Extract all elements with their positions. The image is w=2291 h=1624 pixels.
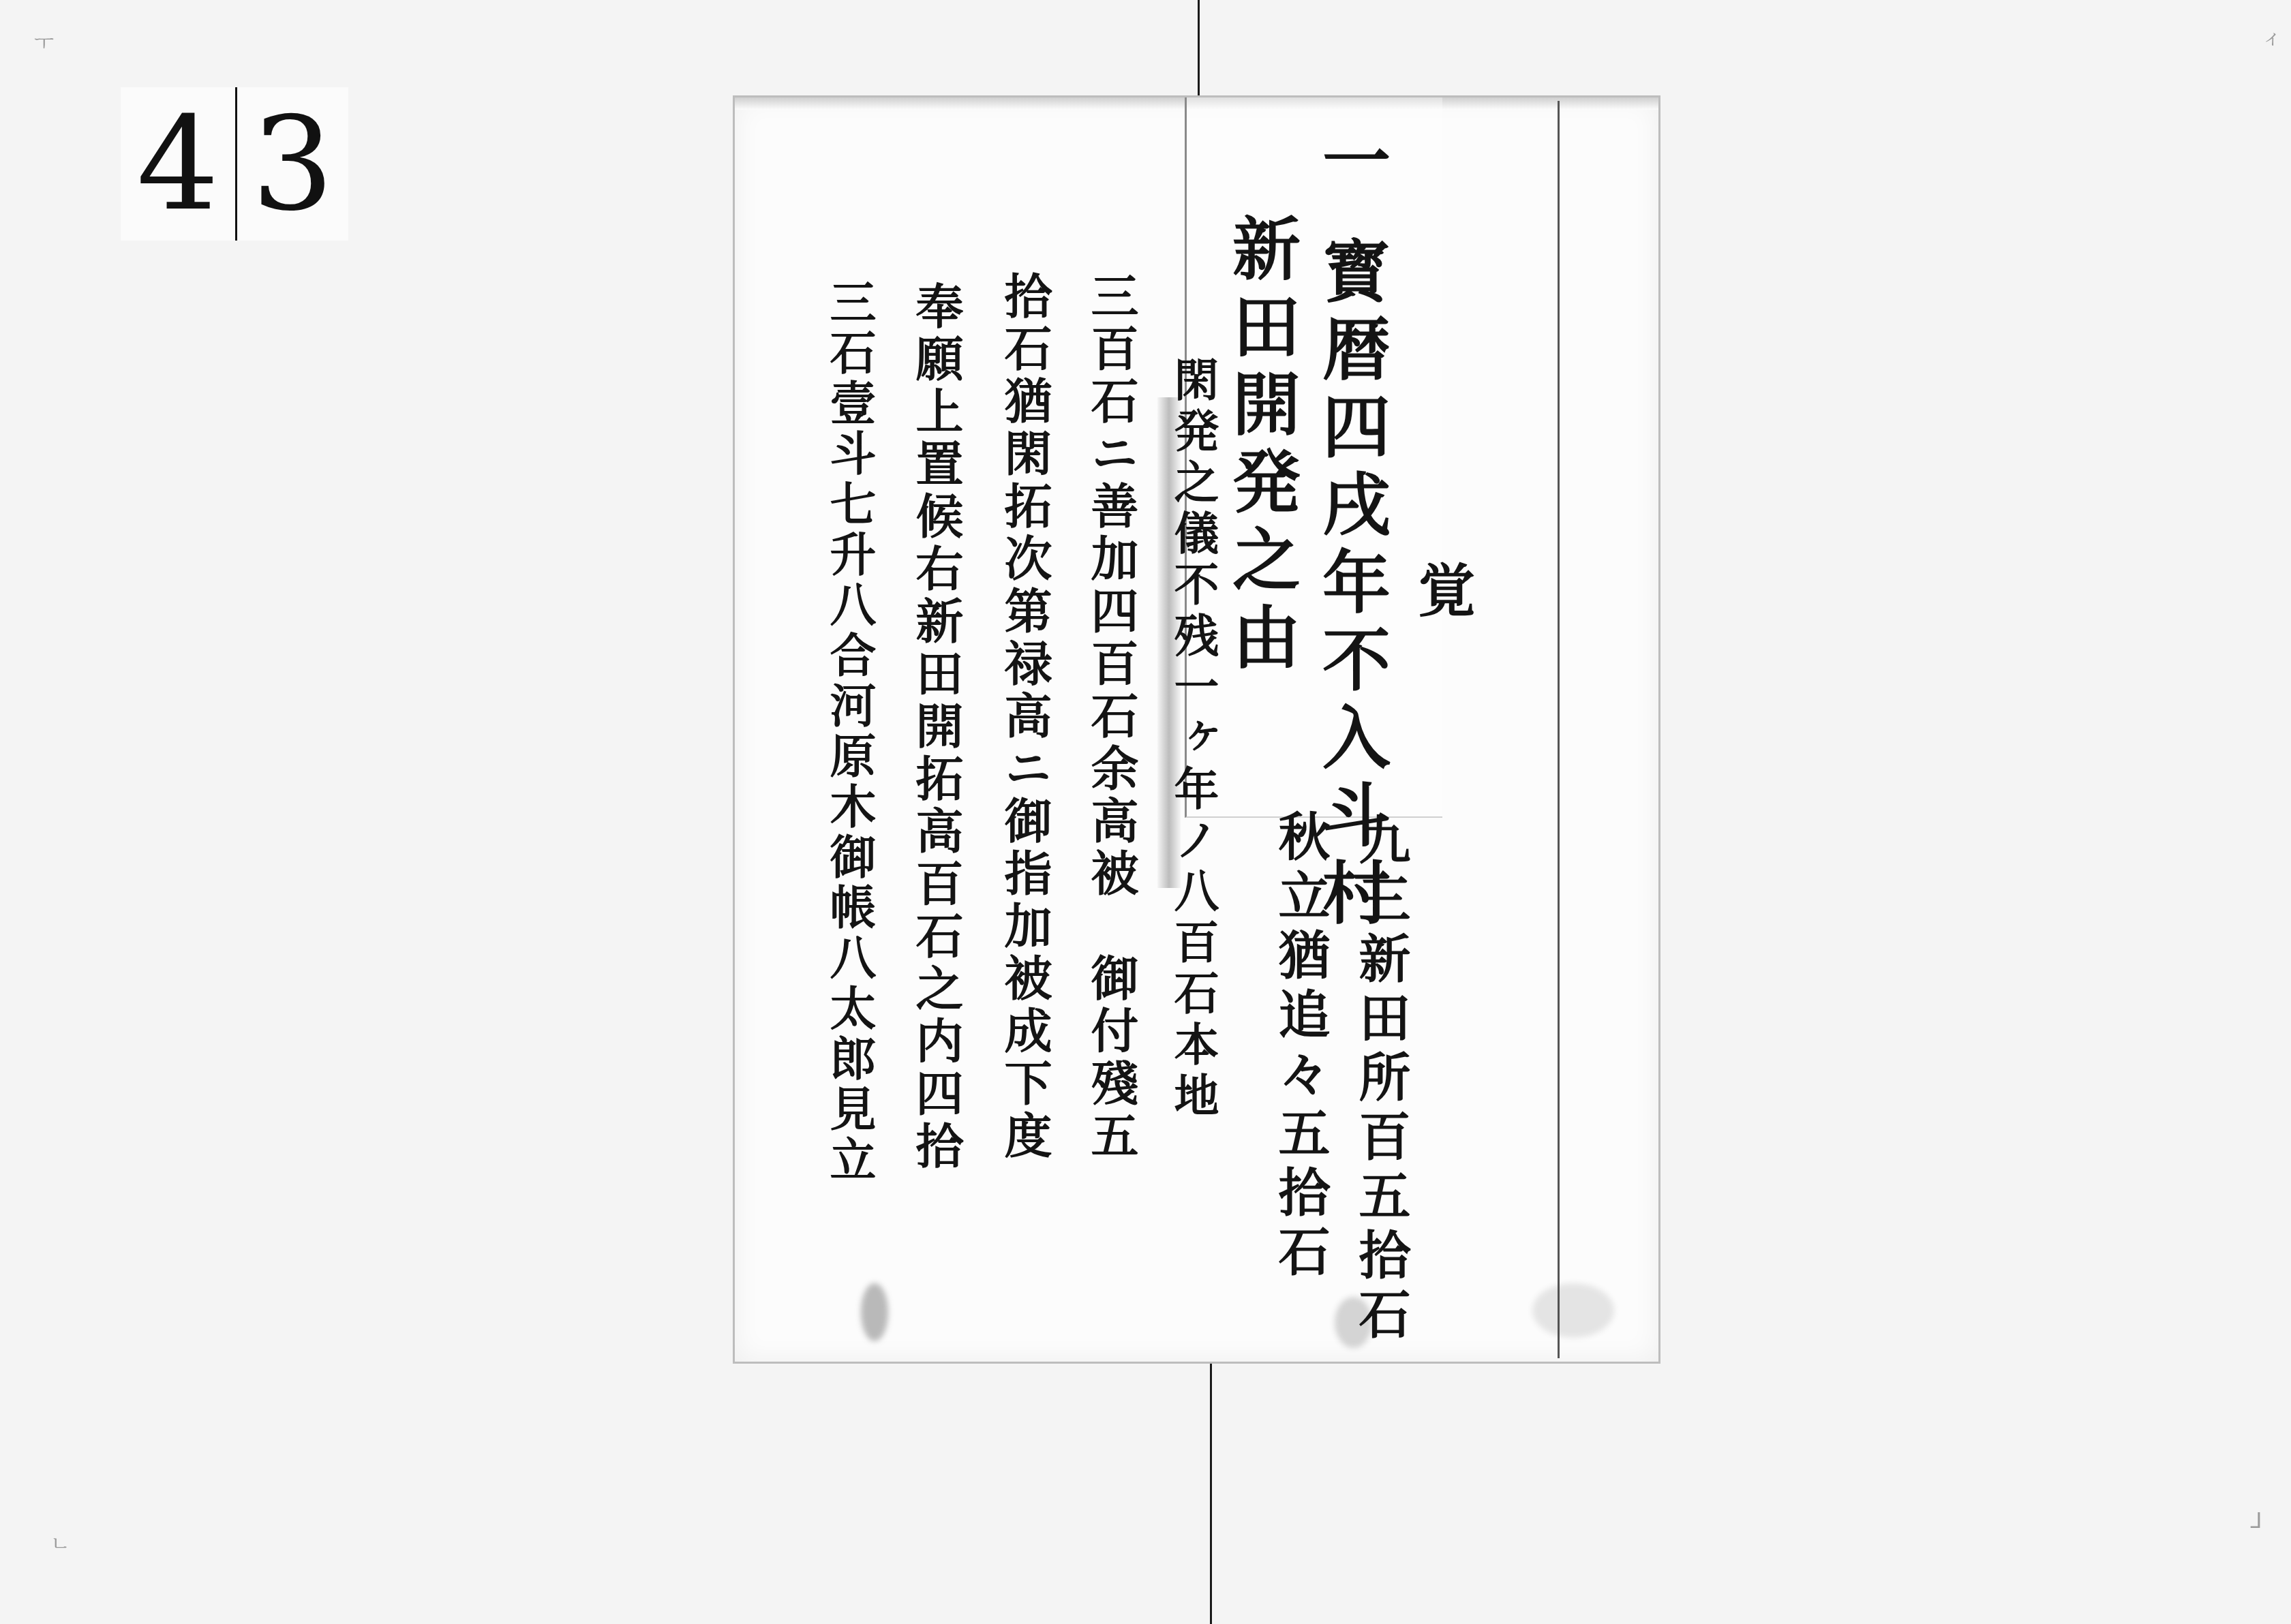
manuscript-sheet: 覚 一 寳暦四戌年不入斗村 新田開発之由 九三新田所百五拾石 秋立猶追々五拾石 … — [733, 95, 1660, 1364]
body-column: 九三新田所百五拾石 — [1344, 813, 1418, 1347]
corner-mark-top-right: ィ — [2262, 20, 2282, 50]
corner-mark-bottom-right: ᒧ — [2249, 1510, 2262, 1533]
body-column: 奉願上置候右新田開拓高百石之内四拾 — [902, 281, 971, 1174]
body-column: 拾石猶閑拓次第禄高ニ御指加被成下度 — [990, 271, 1059, 1163]
document-heading: 覚 — [1401, 561, 1484, 625]
page-number-digit: 4 — [121, 87, 237, 241]
body-column: 秋立猶追々五拾石 — [1263, 810, 1337, 1284]
title-column: 新田開発之由 — [1212, 213, 1310, 679]
body-column: 三百石ニ善加四百石余高被 御付殘五 — [1077, 271, 1146, 1163]
body-column: 閑発之儀不残一ヶ年ノ八百石本地 — [1161, 356, 1226, 1123]
binding-line — [1558, 101, 1560, 1358]
page-number-digit: 3 — [237, 87, 348, 241]
center-crease-bottom — [1210, 1360, 1212, 1624]
corner-mark-top-left: ㅜ — [34, 26, 54, 56]
ink-smudge — [861, 1283, 888, 1341]
page-number-card: 4 3 — [121, 87, 348, 241]
body-column: 三石壹斗七升八合河原木御帳八太郎見立 — [817, 278, 883, 1186]
center-crease-top — [1198, 0, 1200, 101]
ink-smudge — [1532, 1283, 1614, 1338]
corner-mark-bottom-left: ㄴ — [50, 1527, 70, 1557]
